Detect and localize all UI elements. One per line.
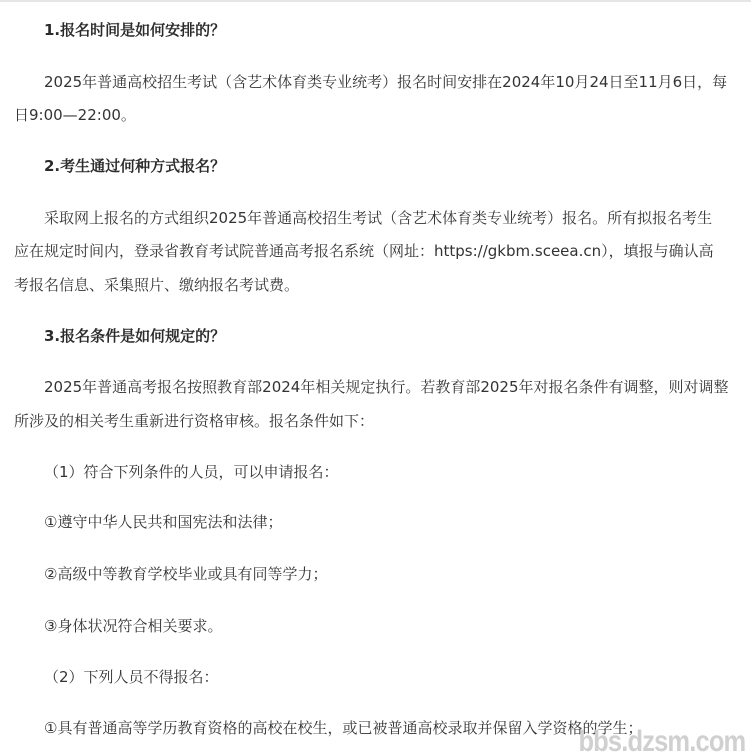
paragraph-line: 采取网上报名的方式组织2025年普通高校招生考试（含艺术体育类专业统考）报名。所…	[44, 208, 712, 228]
condition-group-1-title: （1）符合下列条件的人员，可以申请报名：	[44, 462, 339, 482]
paragraph-line-with-url: 应在规定时间内，登录省教育考试院普通高考报名系统（网址：https://gkbm…	[14, 241, 714, 261]
condition-item-3: ③身体状况符合相关要求。	[44, 616, 222, 636]
paragraph-line: 所涉及的相关考生重新进行资格审核。报名条件如下：	[14, 411, 374, 431]
paragraph-line: 2025年普通高考报名按照教育部2024年相关规定执行。若教育部2025年对报名…	[44, 377, 729, 397]
top-divider	[0, 0, 751, 2]
paragraph-line: 考报名信息、采集照片、缴纳报名考试费。	[14, 275, 299, 295]
exclusion-item-1: ①具有普通高等学历教育资格的高校在校生，或已被普通高校录取并保留入学资格的学生；	[44, 718, 642, 738]
paragraph-line: 2025年普通高校招生考试（含艺术体育类专业统考）报名时间安排在2024年10月…	[44, 72, 727, 92]
condition-item-2: ②高级中等教育学校毕业或具有同等学力；	[44, 564, 327, 584]
site-watermark: bbs.dzsm.com	[578, 725, 745, 755]
condition-group-2-title: （2）下列人员不得报名：	[44, 667, 219, 687]
section-heading-1: 1.报名时间是如何安排的？	[44, 20, 225, 40]
section-heading-2: 2.考生通过何种方式报名？	[44, 156, 225, 176]
section-heading-3: 3.报名条件是如何规定的？	[44, 326, 225, 346]
condition-item-1: ①遵守中华人民共和国宪法和法律；	[44, 512, 282, 532]
paragraph-line: 日9:00—22:00。	[14, 105, 136, 125]
